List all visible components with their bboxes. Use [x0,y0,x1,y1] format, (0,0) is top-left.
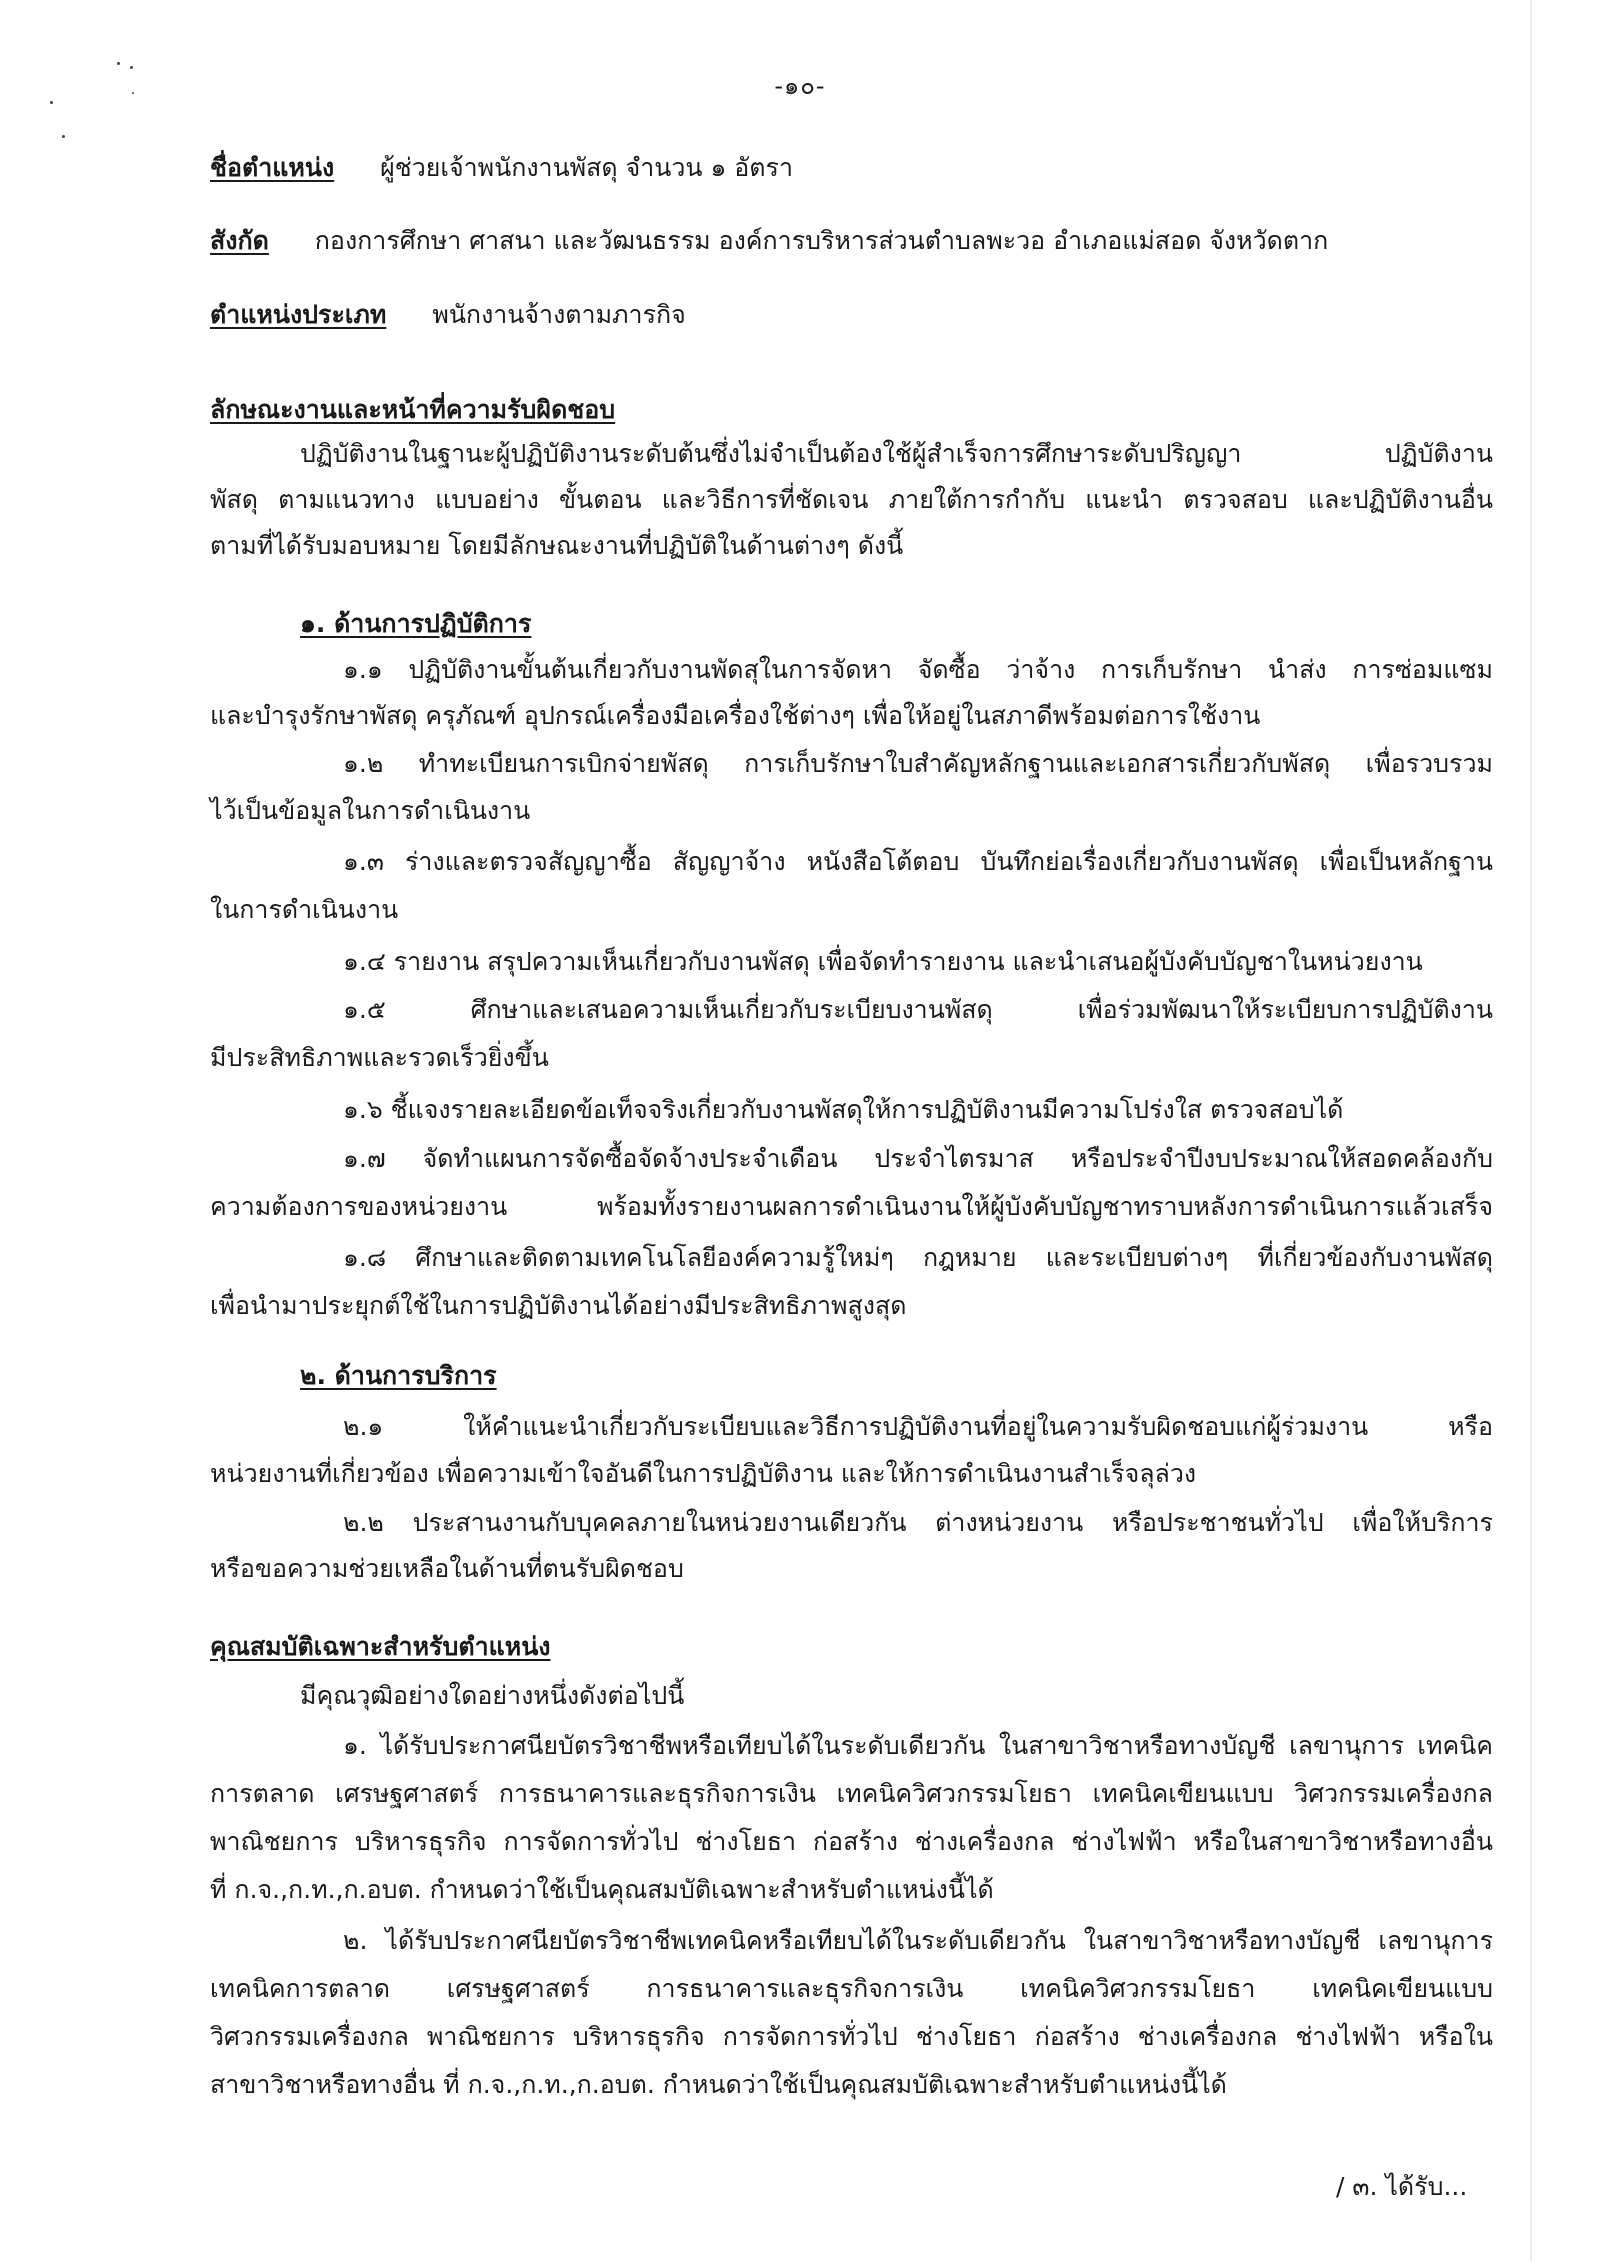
duty-item-1-5: ๑.๕ ศึกษาและเสนอความเห็นเกี่ยวกับระเบียบ… [343,997,1493,1022]
duty-item-2-1: ๒.๑ ให้คำแนะนำเกี่ยวกับระเบียบและวิธีการ… [343,1414,1493,1439]
scan-speck [62,135,65,138]
duty-item-1-1: ๑.๑ ปฏิบัติงานขั้นต้นเกี่ยวกับงานพัดสุใน… [343,657,1493,682]
affiliation-row: สังกัด กองการศึกษา ศาสนา และวัฒนธรรม องค… [210,228,1328,253]
duty-item-1-1-cont: และบำรุงรักษาพัสดุ ครุภัณฑ์ อุปกรณ์เครื่… [210,703,1260,728]
qualifications-intro: มีคุณวุฒิอย่างใดอย่างหนึ่งดังต่อไปนี้ [300,1683,684,1708]
duty-item-1-3: ๑.๓ ร่างและตรวจสัญญาซื้อ สัญญาจ้าง หนังส… [343,849,1493,874]
scan-edge-line [1530,0,1532,2261]
duty-item-2-1-cont: หน่วยงานที่เกี่ยวข้อง เพื่อความเข้าใจอัน… [210,1461,1196,1486]
duty-item-1-5-cont: มีประสิทธิภาพและรวดเร็วยิ่งขึ้น [210,1045,549,1070]
qualifications-heading: คุณสมบัติเฉพาะสำหรับตำแหน่ง [210,1634,551,1659]
duties-heading: ลักษณะงานและหน้าที่ความรับผิดชอบ [210,397,615,422]
duties-intro-line: พัสดุ ตามแนวทาง แบบอย่าง ขั้นตอน และวิธี… [210,487,1493,512]
duty-item-1-8-cont: เพื่อนำมาประยุกต์ใช้ในการปฏิบัติงานได้อย… [210,1293,906,1318]
duty-item-1-2: ๑.๒ ทำทะเบียนการเบิกจ่ายพัสดุ การเก็บรัก… [343,751,1493,776]
duties-intro-line: ตามที่ได้รับมอบหมาย โดยมีลักษณะงานที่ปฏิ… [210,533,903,558]
position-name-row: ชื่อตำแหน่ง ผู้ช่วยเจ้าพนักงานพัสดุ จำนว… [210,155,793,180]
continuation-marker: / ๓. ได้รับ... [1336,2167,1467,2207]
duty-item-1-7-cont: ความต้องการของหน่วยงาน พร้อมทั้งรายงานผล… [210,1194,1493,1219]
scan-speck [117,62,120,65]
duty-item-2-2: ๒.๒ ประสานงานกับบุคคลภายในหน่วยงานเดียวก… [343,1510,1493,1535]
duty-item-1-3-cont: ในการดำเนินงาน [210,897,398,922]
position-name-value: ผู้ช่วยเจ้าพนักงานพัสดุ จำนวน ๑ อัตรา [380,153,793,182]
qualification-item-1-cont: การตลาด เศรษฐศาสตร์ การธนาคารและธุรกิจกา… [210,1781,1493,1806]
duty-item-1-7: ๑.๗ จัดทำแผนการจัดซื้อจัดจ้างประจำเดือน … [343,1146,1493,1171]
position-type-label: ตำแหน่งประเภท [210,300,386,329]
qualification-item-2-cont: สาขาวิชาหรือทางอื่น ที่ ก.จ.,ก.ท.,ก.อบต.… [210,2072,1227,2097]
qualification-item-1-cont: พาณิชยการ บริหารธุรกิจ การจัดการทั่วไป ช… [210,1829,1493,1854]
page-number: -๑๐- [0,66,1600,105]
qualification-item-2: ๒. ได้รับประกาศนียบัตรวิชาชีพเทคนิคหรือเ… [343,1928,1493,1953]
duty-item-1-6: ๑.๖ ชี้แจงรายละเอียดข้อเท็จจริงเกี่ยวกับ… [343,1097,1343,1122]
duty-item-2-2-cont: หรือขอความช่วยเหลือในด้านที่ตนรับผิดชอบ [210,1556,684,1581]
qualification-item-2-cont: เทคนิคการตลาด เศรษฐศาสตร์ การธนาคารและธุ… [210,1976,1493,2001]
section-1-heading: ๑. ด้านการปฏิบัติการ [300,611,531,636]
affiliation-label: สังกัด [210,226,269,255]
duties-intro-line: ปฏิบัติงานในฐานะผู้ปฏิบัติงานระดับต้นซึ่… [300,441,1493,466]
position-name-label: ชื่อตำแหน่ง [210,153,334,182]
duty-item-1-8: ๑.๘ ศึกษาและติดตามเทคโนโลยีองค์ความรู้ให… [343,1245,1493,1270]
affiliation-value: กองการศึกษา ศาสนา และวัฒนธรรม องค์การบริ… [315,226,1329,255]
qualification-item-1-cont: ที่ ก.จ.,ก.ท.,ก.อบต. กำหนดว่าใช้เป็นคุณส… [210,1877,994,1902]
qualification-item-2-cont: วิศวกรรมเครื่องกล พาณิชยการ บริหารธุรกิจ… [210,2024,1493,2049]
duty-item-1-2-cont: ไว้เป็นข้อมูลในการดำเนินงาน [210,798,530,823]
position-type-value: พนักงานจ้างตามภารกิจ [432,300,685,329]
section-2-heading: ๒. ด้านการบริการ [300,1363,497,1388]
duty-item-1-4: ๑.๔ รายงาน สรุปความเห็นเกี่ยวกับงานพัสดุ… [343,949,1423,974]
qualification-item-1: ๑. ได้รับประกาศนียบัตรวิชาชีพหรือเทียบได… [343,1733,1493,1758]
position-type-row: ตำแหน่งประเภท พนักงานจ้างตามภารกิจ [210,302,686,327]
